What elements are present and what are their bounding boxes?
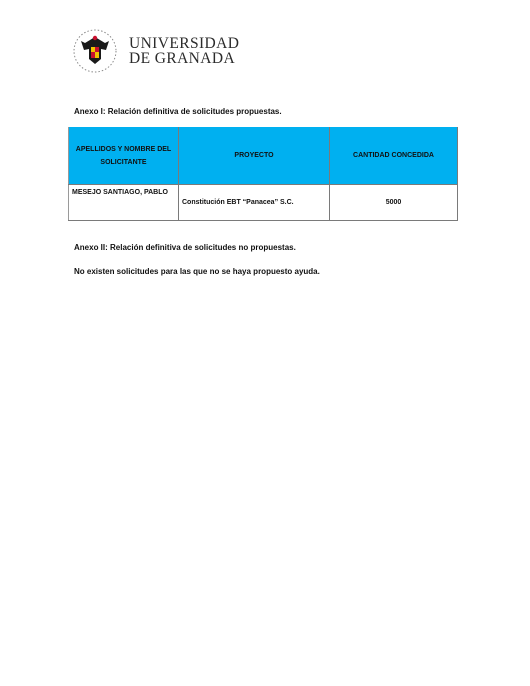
anexo-2-text: No existen solicitudes para las que no s… xyxy=(74,267,320,276)
cell-cantidad: 5000 xyxy=(330,185,458,221)
header-cantidad: CANTIDAD CONCEDIDA xyxy=(330,127,458,185)
solicitudes-table: APELLIDOS Y NOMBRE DEL SOLICITANTE PROYE… xyxy=(68,127,458,221)
header-solicitante: APELLIDOS Y NOMBRE DEL SOLICITANTE xyxy=(69,127,179,185)
table-row: MESEJO SANTIAGO, PABLO Constitución EBT … xyxy=(69,185,458,221)
header-proyecto: PROYECTO xyxy=(179,127,330,185)
university-logo: UNIVERSIDAD DE GRANADA xyxy=(72,28,239,74)
cell-proyecto: Constitución EBT “Panacea” S.C. xyxy=(179,185,330,221)
logo-line-1: UNIVERSIDAD xyxy=(129,36,239,51)
logo-line-2: DE GRANADA xyxy=(129,51,239,66)
university-seal-icon xyxy=(72,28,118,74)
cell-solicitante: MESEJO SANTIAGO, PABLO xyxy=(69,185,179,221)
anexo-2-title: Anexo II: Relación definitiva de solicit… xyxy=(74,243,296,252)
anexo-1-title: Anexo I: Relación definitiva de solicitu… xyxy=(74,107,282,116)
table-header-row: APELLIDOS Y NOMBRE DEL SOLICITANTE PROYE… xyxy=(69,127,458,185)
